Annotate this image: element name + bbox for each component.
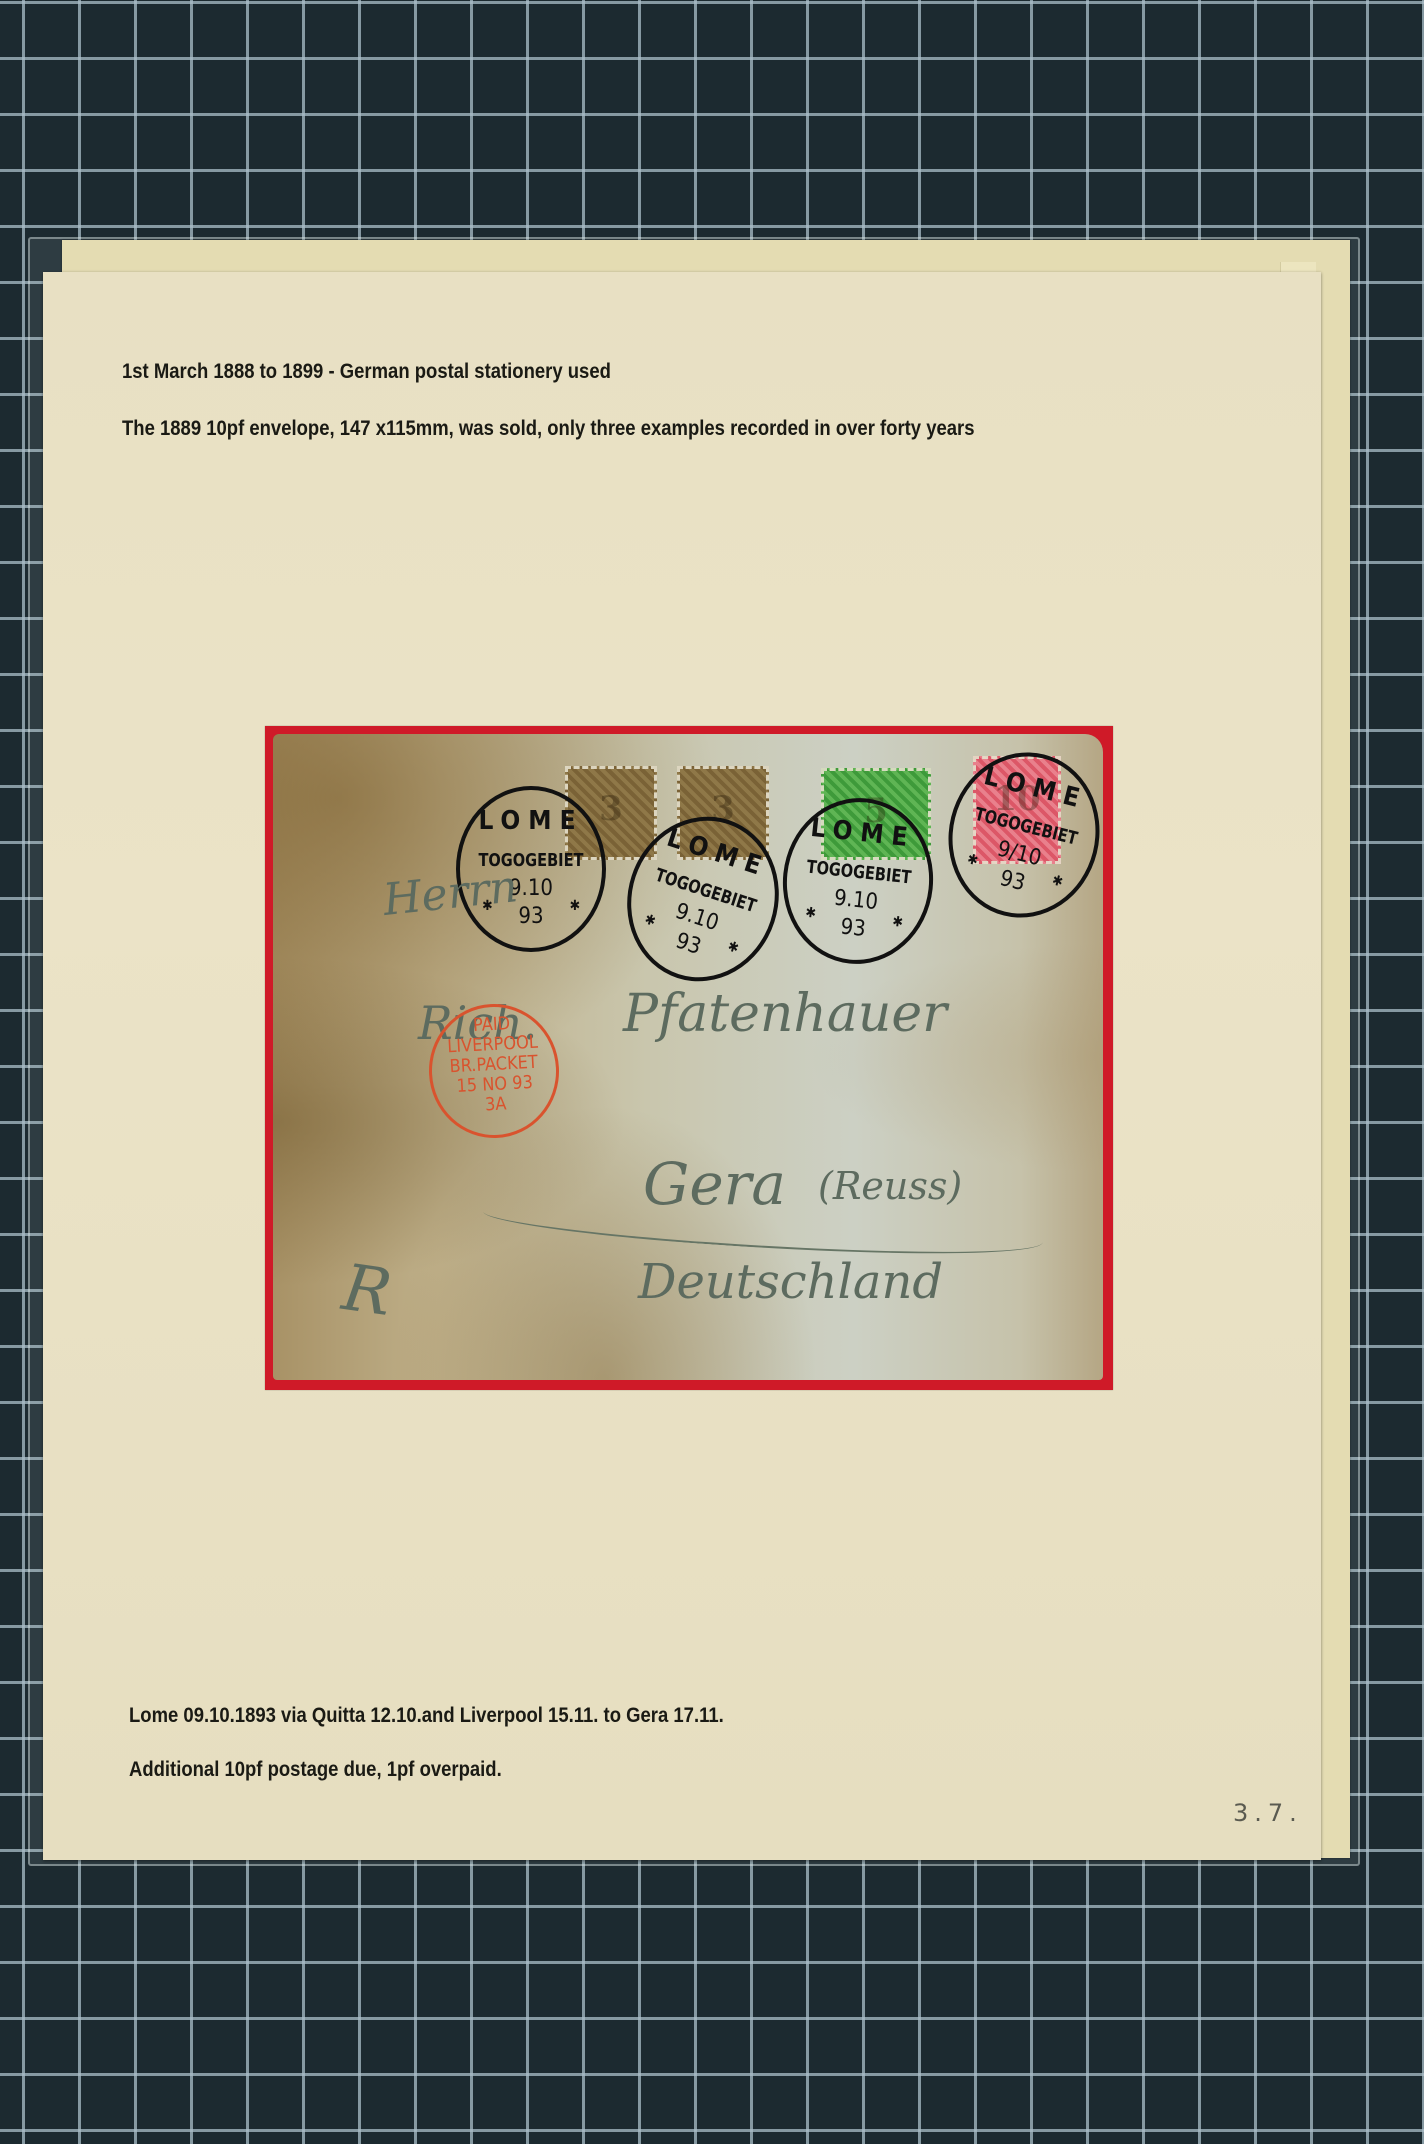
star-icon: ✱	[892, 914, 904, 931]
lome-cancel-4: LOME TOGOGEBIET 9/10 93 ✱ ✱	[931, 736, 1103, 933]
page-heading: 1st March 1888 to 1899 - German postal s…	[122, 360, 611, 384]
address-note: R	[338, 1251, 396, 1331]
caption-route: Lome 09.10.1893 via Quitta 12.10.and Liv…	[129, 1704, 724, 1728]
address-surname: Pfatenhauer	[623, 984, 947, 1044]
star-icon: ✱	[805, 905, 817, 922]
album-page: 1st March 1888 to 1899 - German postal s…	[43, 272, 1321, 1860]
page-number: 3.7.	[1233, 1799, 1303, 1827]
envelope-cover: 3 3 5 10 LOME TOGOGEBIET 9.10 93 ✱ ✱ LOM…	[273, 734, 1103, 1380]
star-icon: ✱	[569, 898, 580, 914]
address-country: Deutschland	[638, 1254, 943, 1310]
envelope-mount: 3 3 5 10 LOME TOGOGEBIET 9.10 93 ✱ ✱ LOM…	[265, 726, 1113, 1390]
caption-postage: Additional 10pf postage due, 1pf overpai…	[129, 1758, 502, 1782]
address-region: (Reuss)	[818, 1164, 962, 1208]
liverpool-paid-transit-mark: PAID LIVERPOOL BR.PACKET 15 NO 93 3A	[426, 1001, 563, 1142]
page-subheading: The 1889 10pf envelope, 147 x115mm, was …	[122, 417, 975, 441]
